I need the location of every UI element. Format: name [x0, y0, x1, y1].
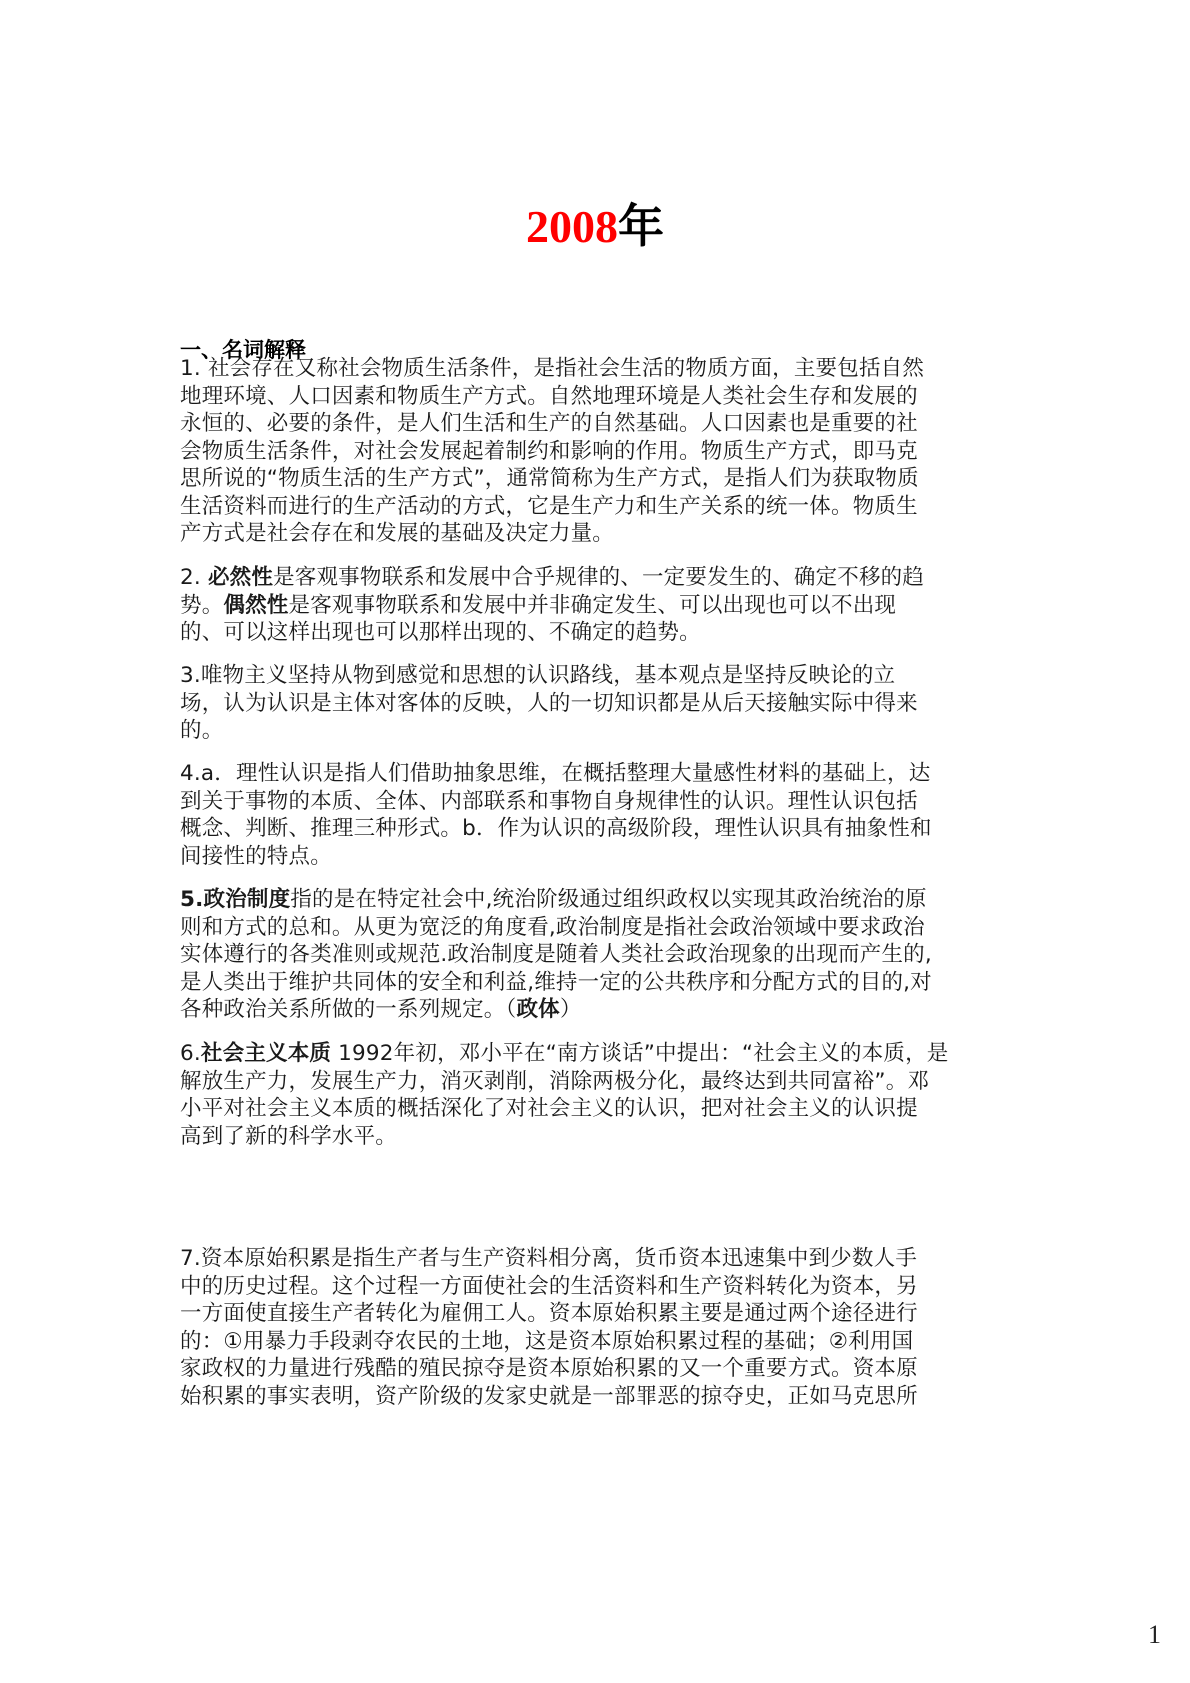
- text-line: 5.政治制度指的是在特定社会中,统治阶级通过组织政权以实现其政治统治的原: [180, 886, 1022, 914]
- text-line: 1. 社会存在又称社会物质生活条件，是指社会生活的物质方面，主要包括自然: [180, 355, 1022, 383]
- text-line: 6.社会主义本质 1992年初，邓小平在“南方谈话”中提出：“社会主义的本质，是: [180, 1040, 1022, 1068]
- text-line: 2. 必然性是客观事物联系和发展中合乎规律的、一定要发生的、确定不移的趋: [180, 564, 1022, 592]
- term-contingency: 偶然性: [223, 593, 288, 618]
- term-regime: 政体: [516, 997, 559, 1022]
- entry-1-social-existence: 1. 社会存在又称社会物质生活条件，是指社会生活的物质方面，主要包括自然 地理环…: [180, 355, 1022, 548]
- text-line: 势。偶然性是客观事物联系和发展中并非确定发生、可以出现也可以不出现: [180, 592, 1022, 620]
- entry-3-materialism: 3.唯物主义坚持从物到感觉和思想的认识路线，基本观点是坚持反映论的立 场，认为认…: [180, 662, 1022, 745]
- text-line: 各种政治关系所做的一系列规定。（政体）: [180, 996, 1022, 1024]
- title-suffix: 年: [618, 199, 664, 253]
- text-line: 间接性的特点。: [180, 843, 1022, 871]
- text-line: 是人类出于维护共同体的安全和利益,维持一定的公共秩序和分配方式的目的,对: [180, 969, 1022, 997]
- text-line: 家政权的力量进行残酷的殖民掠夺是资本原始积累的又一个重要方式。资本原: [180, 1355, 1022, 1383]
- definition-text: 势。: [180, 593, 223, 618]
- text-line: 会物质生活条件，对社会发展起着制约和影响的作用。物质生产方式，即马克: [180, 438, 1022, 466]
- definition-text: 各种政治关系所做的一系列规定。（: [180, 997, 516, 1022]
- definition-text: 是客观事物联系和发展中并非确定发生、可以出现也可以不出现: [289, 593, 897, 618]
- text-line: 实体遵行的各类准则或规范.政治制度是随着人类社会政治现象的出现而产生的,: [180, 941, 1022, 969]
- entry-number: 2.: [180, 565, 208, 590]
- definition-text: 1992年初，邓小平在“南方谈话”中提出：“社会主义的本质，是: [331, 1041, 948, 1066]
- text-line: 产方式是社会存在和发展的基础及决定力量。: [180, 520, 1022, 548]
- text-line: 小平对社会主义本质的概括深化了对社会主义的认识，把对社会主义的认识提: [180, 1095, 1022, 1123]
- text-line: 高到了新的科学水平。: [180, 1123, 1022, 1151]
- text-line: 永恒的、必要的条件，是人们生活和生产的自然基础。人口因素也是重要的社: [180, 410, 1022, 438]
- text-line: 3.唯物主义坚持从物到感觉和思想的认识路线，基本观点是坚持反映论的立: [180, 662, 1022, 690]
- definition-text: ）: [560, 997, 582, 1022]
- term-political-system: 5.政治制度: [180, 887, 290, 912]
- entry-2-necessity-contingency: 2. 必然性是客观事物联系和发展中合乎规律的、一定要发生的、确定不移的趋 势。偶…: [180, 564, 1022, 647]
- text-line: 4.a．理性认识是指人们借助抽象思维，在概括整理大量感性材料的基础上，达: [180, 760, 1022, 788]
- definition-text: 指的是在特定社会中,统治阶级通过组织政权以实现其政治统治的原: [290, 887, 926, 912]
- entry-number: 6.: [180, 1041, 201, 1066]
- text-line: 场，认为认识是主体对客体的反映，人的一切知识都是从后天接触实际中得来: [180, 690, 1022, 718]
- entry-7-primitive-accumulation: 7.资本原始积累是指生产者与生产资料相分离，货币资本迅速集中到少数人手 中的历史…: [180, 1245, 1022, 1410]
- text-line: 解放生产力，发展生产力，消灭剥削，消除两极分化，最终达到共同富裕”。邓: [180, 1068, 1022, 1096]
- entry-4-rational-knowledge: 4.a．理性认识是指人们借助抽象思维，在概括整理大量感性材料的基础上，达 到关于…: [180, 760, 1022, 870]
- entry-6-socialism-essence: 6.社会主义本质 1992年初，邓小平在“南方谈话”中提出：“社会主义的本质，是…: [180, 1040, 1022, 1150]
- text-line: 到关于事物的本质、全体、内部联系和事物自身规律性的认识。理性认识包括: [180, 788, 1022, 816]
- text-line: 一方面使直接生产者转化为雇佣工人。资本原始积累主要是通过两个途径进行: [180, 1300, 1022, 1328]
- text-line: 概念、判断、推理三种形式。b．作为认识的高级阶段，理性认识具有抽象性和: [180, 815, 1022, 843]
- entry-5-political-system: 5.政治制度指的是在特定社会中,统治阶级通过组织政权以实现其政治统治的原 则和方…: [180, 886, 1022, 1024]
- text-line: 生活资料而进行的生产活动的方式，它是生产力和生产关系的统一体。物质生: [180, 493, 1022, 521]
- document-page: 2008年 一、名词解释 1. 社会存在又称社会物质生活条件，是指社会生活的物质…: [0, 0, 1190, 1683]
- text-line: 7.资本原始积累是指生产者与生产资料相分离，货币资本迅速集中到少数人手: [180, 1245, 1022, 1273]
- text-line: 始积累的事实表明，资产阶级的发家史就是一部罪恶的掠夺史，正如马克思所: [180, 1383, 1022, 1411]
- definition-text: 是客观事物联系和发展中合乎规律的、一定要发生的、确定不移的趋: [273, 565, 924, 590]
- text-line: 则和方式的总和。从更为宽泛的角度看,政治制度是指社会政治领域中要求政治: [180, 914, 1022, 942]
- text-line: 地理环境、人口因素和物质生产方式。自然地理环境是人类社会生存和发展的: [180, 383, 1022, 411]
- page-number: 1: [1148, 1620, 1161, 1650]
- text-line: 的。: [180, 717, 1022, 745]
- title-year: 2008: [526, 201, 618, 252]
- text-line: 思所说的“物质生活的生产方式”，通常简称为生产方式，是指人们为获取物质: [180, 465, 1022, 493]
- text-line: 的：①用暴力手段剥夺农民的土地，这是资本原始积累过程的基础；②利用国: [180, 1328, 1022, 1356]
- text-line: 中的历史过程。这个过程一方面使社会的生活资料和生产资料转化为资本，另: [180, 1273, 1022, 1301]
- term-necessity: 必然性: [208, 565, 273, 590]
- page-title: 2008年: [0, 196, 1190, 257]
- term-socialism-essence: 社会主义本质: [201, 1041, 331, 1066]
- text-line: 的、可以这样出现也可以那样出现的、不确定的趋势。: [180, 619, 1022, 647]
